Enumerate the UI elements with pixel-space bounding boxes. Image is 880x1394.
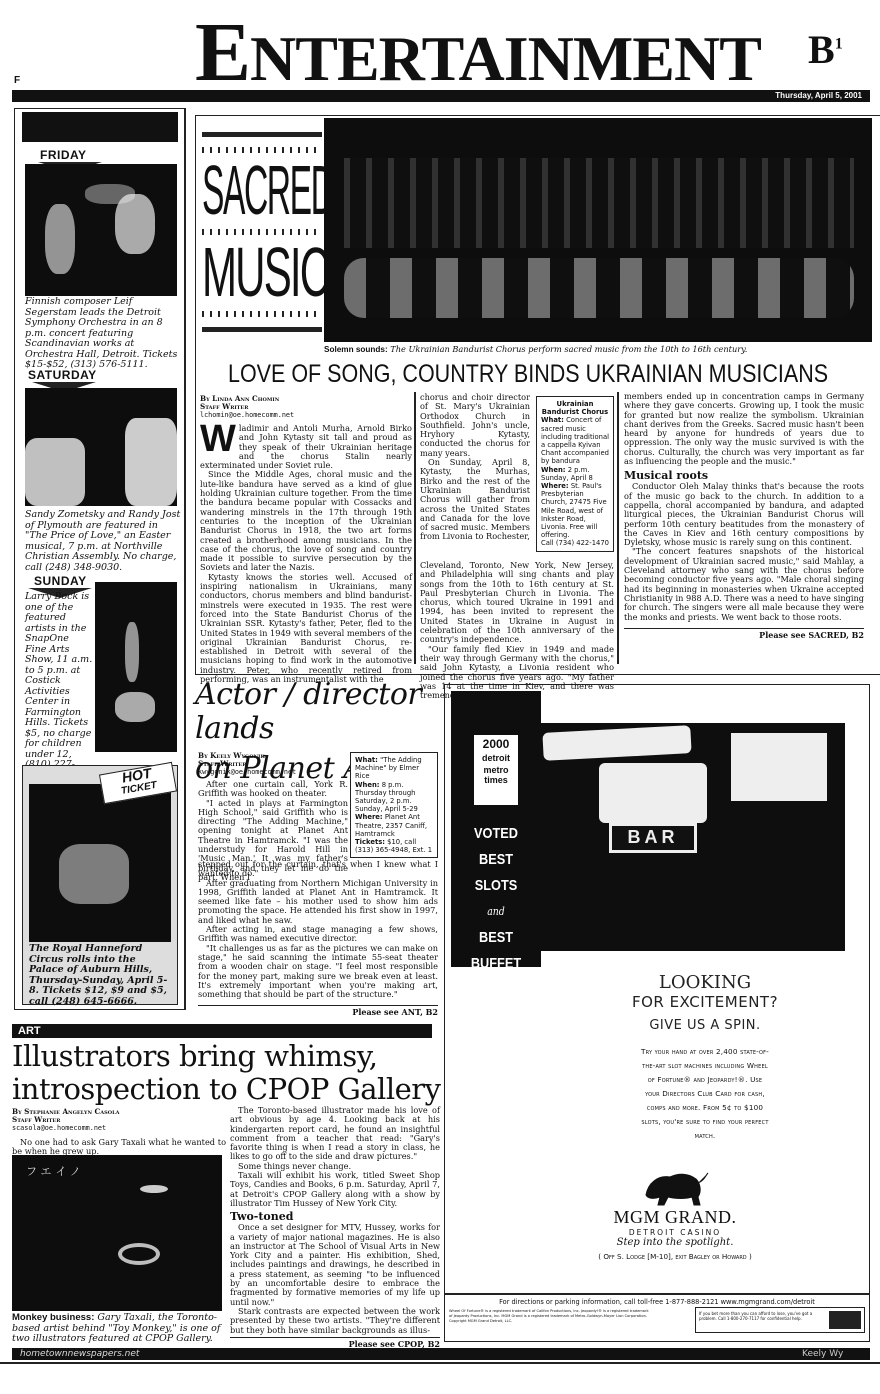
paragraph: Since the Middle Ages, choral music and …	[200, 470, 412, 572]
byline-role: Staff Writer	[200, 403, 412, 411]
chorus-photo[interactable]	[324, 118, 872, 342]
sacred-col2-bottom: Cleveland, Toronto, New York, New Jersey…	[420, 561, 614, 700]
art-headline-1: Illustrators bring whimsy,	[12, 1040, 442, 1073]
where-label: Where:	[355, 813, 383, 821]
what-label: What:	[355, 756, 378, 764]
friday-label: FRIDAY	[28, 148, 102, 162]
actor-col-full: stepped out for the curtain, that's when…	[198, 860, 438, 1018]
paragraph: stepped out for the curtain, that's when…	[198, 860, 438, 879]
tickets-label: Tickets:	[355, 838, 385, 846]
caption-text: The Ukrainian Bandurist Chorus perform s…	[390, 344, 747, 354]
sacred-title: SACRED	[202, 157, 260, 223]
top-rule-bar: Thursday, April 5, 2001	[12, 90, 870, 102]
gambling-notice-text: If you bet more than you can afford to l…	[699, 1311, 812, 1321]
gambling-notice: If you bet more than you can afford to l…	[695, 1307, 865, 1333]
section-letter: F	[14, 75, 20, 86]
paragraph: Kytasty knows the stories well. Accused …	[200, 573, 412, 685]
saturday-caption: Sandy Zometsky and Randy Jost of Plymout…	[25, 510, 181, 573]
where-label: Where:	[541, 482, 569, 490]
art-section-bar: ART	[12, 1024, 432, 1038]
divider	[202, 311, 322, 317]
paragraph: After one curtain call, York R. Griffith…	[198, 780, 348, 799]
paragraph: "It challenges us as far as the pictures…	[198, 944, 438, 1000]
lion-icon	[640, 1169, 710, 1207]
chorus-photo-caption: Solemn sounds: The Ukrainian Bandurist C…	[324, 344, 872, 354]
when-label: When:	[541, 466, 566, 474]
when-label: When:	[355, 781, 380, 789]
website-link[interactable]: hometownnewspapers.net	[20, 1349, 139, 1359]
photo-text: フエイノ	[26, 1163, 85, 1179]
call-info: Call (734) 422-1470	[541, 539, 609, 547]
footer-bar: hometownnewspapers.net	[12, 1348, 442, 1360]
divider	[202, 132, 322, 137]
jump-link[interactable]: Please see ANT, B2	[198, 1005, 438, 1017]
mgm-badge-icon	[829, 1311, 861, 1329]
hot-ticket-box: HOT TICKET The Royal Hanneford Circus ro…	[22, 765, 178, 1005]
paragraph: Once a set designer for MTV, Hussey, wor…	[230, 1223, 440, 1307]
drop-cap: W	[200, 424, 236, 454]
page-letter: B	[808, 27, 835, 72]
art-label: ART	[18, 1025, 41, 1037]
vote-line: and	[458, 899, 535, 925]
art-col2: The Toronto-based illustrator made his l…	[230, 1106, 440, 1349]
author-email[interactable]: scasola@oe.homecomm.net	[12, 1124, 226, 1132]
mgm-brand: MGM GRAND.	[505, 1207, 845, 1228]
saturday-label: SATURDAY	[28, 368, 97, 382]
art-headline-2: introspection to CPOP Gallery	[12, 1073, 442, 1106]
slot-bar-symbol: BAR	[609, 823, 697, 853]
friday-photo[interactable]	[25, 164, 177, 296]
byline-role: Staff Writer	[198, 760, 348, 768]
page-number: B1	[808, 26, 843, 73]
masthead-initial: E	[195, 6, 250, 99]
footer-right-text: Keely Wy	[802, 1349, 843, 1359]
sunday-photo[interactable]	[95, 582, 177, 752]
friday-caption: Finnish composer Leif Segerstam leads th…	[25, 297, 181, 371]
issue-date: Thursday, April 5, 2001	[775, 90, 862, 102]
what-label: What:	[541, 416, 564, 424]
what-value: Concert of sacred music including tradit…	[541, 416, 609, 465]
masthead-title: NTERTAINMENT	[250, 23, 761, 94]
footer-bar-right: Keely Wy	[442, 1348, 870, 1360]
badge-paper: metro times	[474, 765, 518, 785]
slot-machine-photo: BAR	[541, 723, 845, 951]
ad-headline-1: LOOKING	[555, 973, 855, 993]
ad-copy: LOOKING FOR EXCITEMENT? GIVE US A SPIN. …	[555, 973, 855, 1143]
paragraph: After graduating from Northern Michigan …	[198, 879, 438, 925]
sacred-col2-top: chorus and choir director of St. Mary's …	[420, 393, 530, 542]
music-title: MUSIC	[202, 239, 274, 305]
vote-line: BEST	[458, 925, 535, 951]
caption-lead: Solemn sounds:	[324, 345, 388, 354]
art-col1: By Stephanie Angelyn Casola Staff Writer…	[12, 1108, 226, 1157]
mgm-directions: ( Off S. Lodge [M-10], exit Bagley or Ho…	[505, 1252, 845, 1261]
paragraph: Stark contrasts are expected between the…	[230, 1307, 440, 1335]
paragraph: After acting in, and stage managing a fe…	[198, 925, 438, 944]
ad-body: Try your hand at over 2,400 state-of-the…	[640, 1045, 770, 1143]
mgm-brand-sub: DETROIT CASINO	[505, 1228, 845, 1237]
caption-lead: Monkey business:	[12, 1312, 94, 1323]
sunday-caption: Larry Bock is one of the featured artist…	[25, 592, 93, 781]
jump-link[interactable]: Please see SACRED, B2	[624, 628, 864, 640]
badge-city: detroit	[474, 751, 518, 765]
vote-list: VOTED BEST SLOTS and BEST BUFFET	[451, 821, 541, 977]
paragraph: Conductor Oleh Malay thinks that's becau…	[624, 482, 864, 547]
mgm-legal: Wheel Of Fortune® is a registered tradem…	[449, 1309, 649, 1324]
paragraph: members ended up in concentration camps …	[624, 392, 864, 466]
metro-times-badge: 2000 detroit metro times	[474, 735, 518, 805]
vote-line: BUFFET	[458, 951, 535, 977]
actor-infobox: What: "The Adding Machine" by Elmer Rice…	[350, 752, 438, 858]
ad-left-panel: 2000 detroit metro times VOTED BEST SLOT…	[451, 691, 541, 967]
hot-ticket-photo[interactable]	[29, 784, 171, 942]
author-email[interactable]: kwygonik@oe.homecomm.net	[198, 768, 348, 776]
sunday-label: SUNDAY	[28, 574, 92, 588]
section-masthead: ENTERTAINMENT	[195, 18, 665, 88]
page-sup: 1	[835, 36, 843, 53]
saturday-photo[interactable]	[25, 388, 177, 506]
monkey-caption: Monkey business: Gary Taxali, the Toront…	[12, 1313, 226, 1345]
paragraph: Taxali will exhibit his work, titled Swe…	[230, 1171, 440, 1208]
column-rule	[617, 392, 619, 664]
bottom-rule	[0, 1362, 880, 1364]
mgm-slogan: Step into the spotlight.	[505, 1237, 845, 1248]
vote-line: SLOTS	[458, 873, 535, 899]
vote-line: BEST	[458, 847, 535, 873]
sacred-col3: members ended up in concentration camps …	[624, 392, 864, 640]
art-headline-block: Illustrators bring whimsy, introspection…	[12, 1040, 442, 1106]
divider	[202, 327, 322, 332]
paragraph: On Sunday, April 8, Kytasty, the Murhas,…	[420, 458, 530, 542]
paragraph: "The concert features snapshots of the h…	[624, 547, 864, 621]
monkey-photo[interactable]: フエイノ	[12, 1155, 222, 1311]
weekend-header-bar	[22, 112, 178, 142]
sacred-col1: By Linda Ann Chomin Staff Writer lchomin…	[200, 395, 412, 684]
vote-line: VOTED	[458, 821, 535, 847]
mgm-logo-block: MGM GRAND. DETROIT CASINO Step into the …	[505, 1169, 845, 1261]
paragraph: Cleveland, Toronto, New York, New Jersey…	[420, 561, 614, 645]
author-email[interactable]: lchomin@oe.homecomm.net	[200, 411, 412, 419]
sacred-music-title-block: SACRED MUSIC	[202, 132, 322, 332]
ad-headline-2: FOR EXCITEMENT?	[555, 993, 855, 1011]
sacred-headline: LOVE OF SONG, COUNTRY BINDS UKRAINIAN MU…	[228, 360, 828, 389]
badge-year: 2000	[474, 737, 518, 751]
where-value: St. Paul's Presbyterian Church, 27475 Fi…	[541, 482, 607, 539]
hot-ticket-caption: The Royal Hanneford Circus rolls into th…	[29, 944, 171, 1007]
paragraph: The Toronto-based illustrator made his l…	[230, 1106, 440, 1162]
paragraph: No one had to ask Gary Taxali what he wa…	[12, 1138, 226, 1157]
mgm-grand-ad[interactable]: 2000 detroit metro times VOTED BEST SLOT…	[444, 684, 870, 1342]
sacred-infobox: Ukrainian Bandurist Chorus What: Concert…	[536, 396, 614, 552]
ad-tagline: GIVE US A SPIN.	[555, 1011, 855, 1041]
paragraph: chorus and choir director of St. Mary's …	[420, 393, 530, 458]
byline-role: Staff Writer	[12, 1116, 226, 1124]
actor-headline-1: Actor / director lands	[195, 678, 440, 746]
infobox-title: Ukrainian Bandurist Chorus	[541, 400, 609, 416]
mgm-contact[interactable]: For directions or parking information, c…	[445, 1293, 869, 1306]
column-rule	[414, 392, 416, 664]
